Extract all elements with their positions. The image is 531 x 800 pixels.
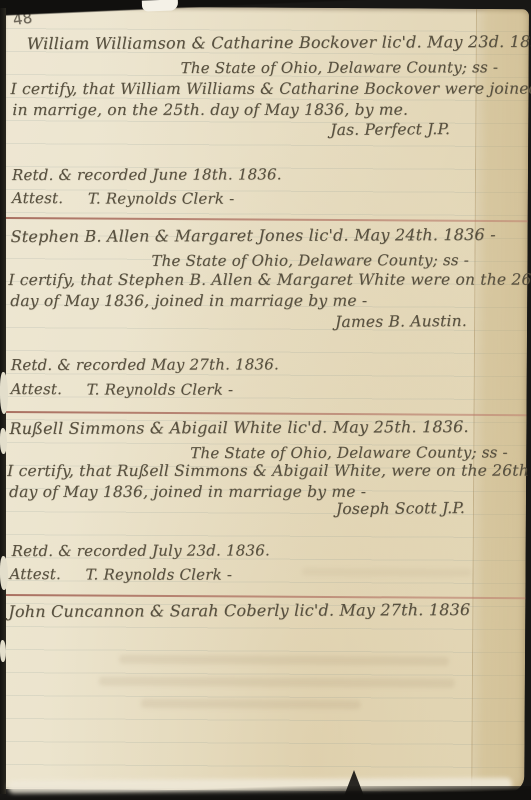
entry-3-license-line: Rußell Simmons & Abigail White lic'd. Ma… [9, 417, 468, 438]
entry-1-certify-line-1: I certify, that William Williams & Catha… [10, 80, 531, 98]
entry-1-attest-label: Attest. [12, 189, 63, 207]
entry-divider-rule-3 [3, 594, 525, 599]
ledger-page: 48 William Williamson & Catharine Bockov… [0, 6, 529, 792]
entry-2-attest-clerk: T. Reynolds Clerk - [87, 381, 234, 399]
ragged-edge-chip [0, 372, 8, 414]
ragged-edge-chip [0, 428, 7, 454]
entry-1-certify-line-2: in marrige, on the 25th. day of May 1836… [12, 101, 408, 119]
entry-3-certify-line-2: day of May 1836, joined in marriage by m… [9, 483, 366, 501]
entry-3-signature: Joseph Scott J.P. [336, 499, 465, 518]
entry-1-recorded-line: Retd. & recorded June 18th. 1836. [12, 165, 282, 184]
entry-2-signature: James B. Austin. [335, 312, 467, 331]
entry-3-certify-line-1: I certify, that Rußell Simmons & Abigail… [7, 462, 529, 480]
entry-2-attest-label: Attest. [11, 380, 62, 398]
entry-1-state-line: The State of Ohio, Delaware County; ss - [181, 58, 499, 77]
bleedthrough-mark [99, 677, 455, 688]
entry-3-recorded-line: Retd. & recorded July 23d. 1836. [12, 541, 270, 560]
entry-divider-rule-1 [6, 217, 528, 222]
book-bottom-edge [0, 786, 531, 800]
torn-paper-tab [142, 0, 178, 12]
book-top-edge [0, 0, 531, 16]
ragged-edge-chip [0, 640, 6, 662]
entry-4-license-line: John Cuncannon & Sarah Coberly lic'd. Ma… [8, 600, 470, 621]
bleedthrough-mark [302, 568, 472, 577]
entry-3-attest-clerk: T. Reynolds Clerk - [86, 566, 233, 584]
bleedthrough-mark [141, 699, 361, 709]
entry-2-certify-line-2: day of May 1836, joined in marriage by m… [10, 292, 367, 310]
entry-2-certify-line-1: I certify, that Stephen B. Allen & Marga… [8, 271, 531, 289]
entry-3-state-line: The State of Ohio, Delaware County; ss - [190, 443, 508, 462]
scanned-ledger-photo: 48 William Williamson & Catharine Bockov… [0, 0, 531, 800]
entry-1-license-line: William Williamson & Catharine Bockover … [27, 32, 531, 53]
entry-3-attest-label: Attest. [10, 565, 61, 583]
entry-divider-rule-2 [5, 411, 527, 416]
entry-1-attest-clerk: T. Reynolds Clerk - [88, 190, 235, 208]
entry-1-signature: Jas. Perfect J.P. [330, 120, 450, 139]
ragged-edge-chip [0, 556, 8, 590]
underlying-page-edge [471, 9, 529, 792]
entry-2-state-line: The State of Ohio, Delaware County; ss - [151, 251, 469, 270]
entry-2-license-line: Stephen B. Allen & Margaret Jones lic'd.… [11, 225, 496, 246]
bleedthrough-mark [119, 655, 449, 666]
entry-2-recorded-line: Retd. & recorded May 27th. 1836. [11, 355, 279, 374]
